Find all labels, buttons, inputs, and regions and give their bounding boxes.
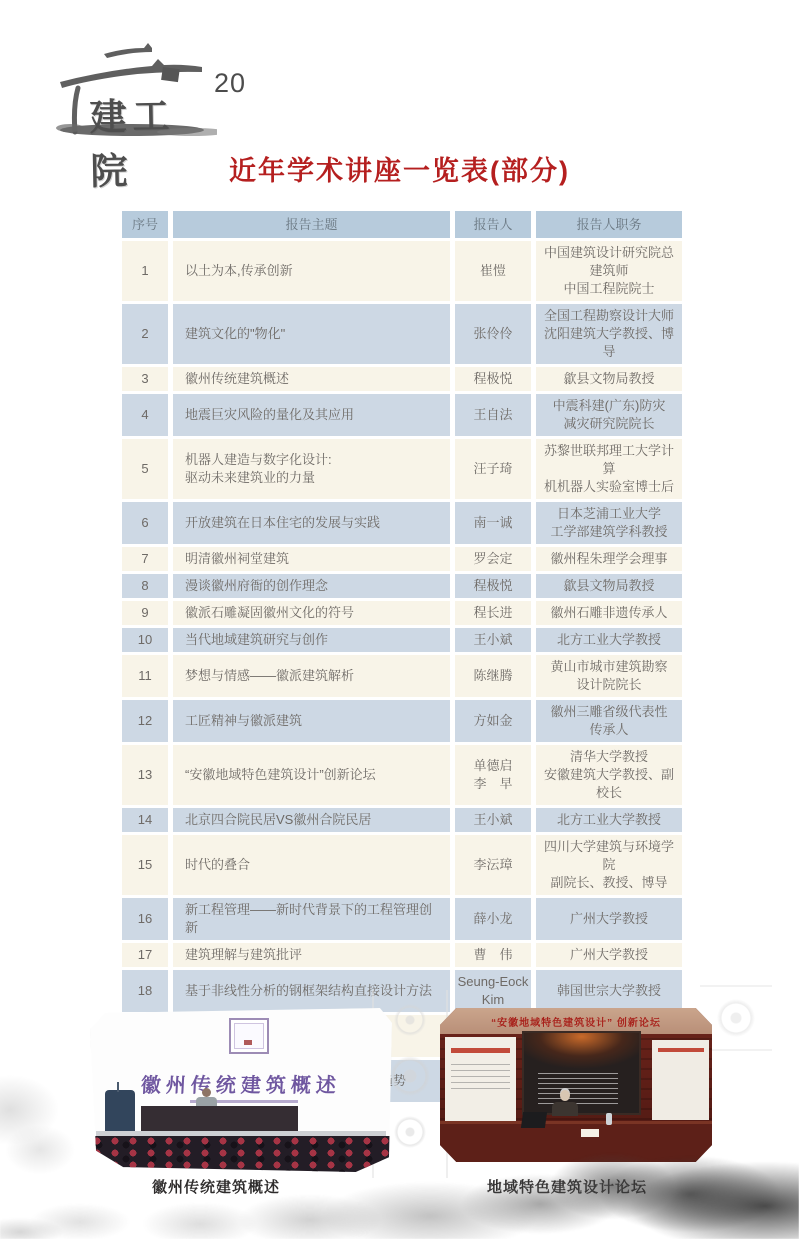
speaker-figure — [552, 1102, 578, 1116]
forum-banner: “安徽地域特色建筑设计” 创新论坛 — [440, 1008, 712, 1034]
cell-topic: 当代地域建筑研究与创作 — [173, 628, 450, 652]
photo-lecture-huizhou: 徽州传统建筑概述 — [90, 1008, 392, 1172]
cell-speaker: 薛小龙 — [455, 898, 531, 940]
cell-topic: 地震巨灾风险的量化及其应用 — [173, 394, 450, 436]
cell-no: 17 — [122, 943, 168, 967]
caption-right: 地域特色建筑设计论坛 — [482, 1176, 652, 1197]
cell-speaker: 汪子琦 — [455, 439, 531, 499]
cell-speaker: 陈继腾 — [455, 655, 531, 697]
cell-topic: 工匠精神与徽派建筑 — [173, 700, 450, 742]
lecture-table: 序号 报告主题 报告人 报告人职务 1以土为本,传承创新崔愷中国建筑设计研究院总… — [122, 211, 682, 1105]
laptop — [520, 1112, 546, 1128]
table-row: 4地震巨灾风险的量化及其应用王自法中震科建(广东)防灾减灾研究院院长 — [122, 394, 682, 436]
cell-no: 12 — [122, 700, 168, 742]
desk — [440, 1121, 712, 1163]
cell-topic: 徽州传统建筑概述 — [173, 367, 450, 391]
cell-speaker: 南一诚 — [455, 502, 531, 544]
table-row: 17建筑理解与建筑批评曹 伟广州大学教授 — [122, 943, 682, 967]
cell-speaker: Seung-EockKim — [455, 970, 531, 1012]
cell-no: 6 — [122, 502, 168, 544]
table-row: 7明清徽州祠堂建筑罗会定徽州程朱理学会理事 — [122, 547, 682, 571]
cell-no: 2 — [122, 304, 168, 364]
cell-topic: 明清徽州祠堂建筑 — [173, 547, 450, 571]
cell-speaker: 李沄璋 — [455, 835, 531, 895]
desk — [141, 1106, 298, 1131]
cell-no: 8 — [122, 574, 168, 598]
cell-no: 4 — [122, 394, 168, 436]
cell-speaker: 程极悦 — [455, 367, 531, 391]
cell-position: 黄山市城市建筑勘察设计院院长 — [536, 655, 682, 697]
cell-no: 7 — [122, 547, 168, 571]
cell-position: 北方工业大学教授 — [536, 628, 682, 652]
cell-no: 13 — [122, 745, 168, 805]
cell-position: 苏黎世联邦理工大学计算机机器人实验室博士后 — [536, 439, 682, 499]
cell-no: 18 — [122, 970, 168, 1012]
cell-speaker: 单德启李 早 — [455, 745, 531, 805]
table-row: 16新工程管理——新时代背景下的工程管理创新薛小龙广州大学教授 — [122, 898, 682, 940]
poster-left — [445, 1037, 516, 1125]
thermos — [606, 1113, 612, 1125]
cell-topic: 漫谈徽州府衙的创作理念 — [173, 574, 450, 598]
cell-no: 10 — [122, 628, 168, 652]
cell-position: 中震科建(广东)防灾减灾研究院院长 — [536, 394, 682, 436]
emblem-icon — [229, 1018, 269, 1054]
cell-position: 中国建筑设计研究院总建筑师中国工程院院士 — [536, 241, 682, 301]
cell-position: 四川大学建筑与环境学院副院长、教授、博导 — [536, 835, 682, 895]
cell-position: 徽州石雕非遗传承人 — [536, 601, 682, 625]
cell-topic: 梦想与情感——徽派建筑解析 — [173, 655, 450, 697]
cell-no: 11 — [122, 655, 168, 697]
caption-left: 徽州传统建筑概述 — [136, 1176, 296, 1197]
table-row: 11梦想与情感——徽派建筑解析陈继腾黄山市城市建筑勘察设计院院长 — [122, 655, 682, 697]
header-speaker: 报告人 — [455, 211, 531, 238]
cell-position: 清华大学教授安徽建筑大学教授、副校长 — [536, 745, 682, 805]
speaker-figure — [560, 1090, 570, 1101]
cell-position: 歙县文物局教授 — [536, 367, 682, 391]
cell-speaker: 崔愷 — [455, 241, 531, 301]
cell-topic: 以土为本,传承创新 — [173, 241, 450, 301]
table-row: 15时代的叠合李沄璋四川大学建筑与环境学院副院长、教授、博导 — [122, 835, 682, 895]
cell-no: 15 — [122, 835, 168, 895]
cell-position: 广州大学教授 — [536, 943, 682, 967]
cell-position: 韩国世宗大学教授 — [536, 970, 682, 1012]
table-header-row: 序号 报告主题 报告人 报告人职务 — [122, 211, 682, 238]
cell-speaker: 方如金 — [455, 700, 531, 742]
ink-wash-side — [0, 1030, 100, 1180]
photo-forum-design: “安徽地域特色建筑设计” 创新论坛 — [440, 1008, 712, 1162]
cell-speaker: 罗会定 — [455, 547, 531, 571]
table-row: 14北京四合院民居VS徽州合院民居王小斌北方工业大学教授 — [122, 808, 682, 832]
cell-speaker: 程长进 — [455, 601, 531, 625]
table-body: 1以土为本,传承创新崔愷中国建筑设计研究院总建筑师中国工程院院士2建筑文化的"物… — [122, 241, 682, 1102]
cell-speaker: 王自法 — [455, 394, 531, 436]
table-row: 1以土为本,传承创新崔愷中国建筑设计研究院总建筑师中国工程院院士 — [122, 241, 682, 301]
cell-position: 徽州程朱理学会理事 — [536, 547, 682, 571]
table-row: 2建筑文化的"物化"张伶伶全国工程勘察设计大师沈阳建筑大学教授、博导 — [122, 304, 682, 364]
cell-topic: 新工程管理——新时代背景下的工程管理创新 — [173, 898, 450, 940]
table-row: 3徽州传统建筑概述程极悦歙县文物局教授 — [122, 367, 682, 391]
table-row: 6开放建筑在日本住宅的发展与实践南一诚日本芝浦工业大学工学部建筑学科教授 — [122, 502, 682, 544]
projection-screen — [524, 1033, 638, 1113]
cell-speaker: 程极悦 — [455, 574, 531, 598]
cell-topic: “安徽地域特色建筑设计”创新论坛 — [173, 745, 450, 805]
audience-seats — [90, 1136, 392, 1172]
table-row: 5机器人建造与数字化设计:驱动未来建筑业的力量汪子琦苏黎世联邦理工大学计算机机器… — [122, 439, 682, 499]
cell-no: 14 — [122, 808, 168, 832]
cell-no: 5 — [122, 439, 168, 499]
cell-topic: 建筑文化的"物化" — [173, 304, 450, 364]
table-row: 8漫谈徽州府衙的创作理念程极悦歙县文物局教授 — [122, 574, 682, 598]
page-number: 20 — [214, 68, 246, 99]
table-row: 10当代地域建筑研究与创作王小斌北方工业大学教授 — [122, 628, 682, 652]
cell-topic: 徽派石雕凝固徽州文化的符号 — [173, 601, 450, 625]
school-logo: 建工院 — [52, 38, 217, 138]
header-no: 序号 — [122, 211, 168, 238]
cell-topic: 开放建筑在日本住宅的发展与实践 — [173, 502, 450, 544]
cell-speaker: 曹 伟 — [455, 943, 531, 967]
cell-speaker: 王小斌 — [455, 628, 531, 652]
cell-topic: 建筑理解与建筑批评 — [173, 943, 450, 967]
document-page: 建工院 20 近年学术讲座一览表(部分) 序号 报告主题 报告人 报告人职务 1… — [0, 0, 799, 1239]
forum-banner-text: “安徽地域特色建筑设计” 创新论坛 — [491, 1014, 661, 1029]
cell-position: 徽州三雕省级代表性传承人 — [536, 700, 682, 742]
cell-position: 广州大学教授 — [536, 898, 682, 940]
cell-topic: 北京四合院民居VS徽州合院民居 — [173, 808, 450, 832]
cell-no: 1 — [122, 241, 168, 301]
cell-position: 日本芝浦工业大学工学部建筑学科教授 — [536, 502, 682, 544]
cell-no: 3 — [122, 367, 168, 391]
poster-right — [652, 1040, 709, 1120]
cell-position: 歙县文物局教授 — [536, 574, 682, 598]
header-position: 报告人职务 — [536, 211, 682, 238]
cell-no: 16 — [122, 898, 168, 940]
cell-speaker: 张伶伶 — [455, 304, 531, 364]
name-card — [581, 1129, 599, 1137]
table-row: 13“安徽地域特色建筑设计”创新论坛单德启李 早清华大学教授安徽建筑大学教授、副… — [122, 745, 682, 805]
cell-position: 全国工程勘察设计大师沈阳建筑大学教授、博导 — [536, 304, 682, 364]
table-row: 9徽派石雕凝固徽州文化的符号程长进徽州石雕非遗传承人 — [122, 601, 682, 625]
cell-speaker: 王小斌 — [455, 808, 531, 832]
table-row: 12工匠精神与徽派建筑方如金徽州三雕省级代表性传承人 — [122, 700, 682, 742]
cell-no: 9 — [122, 601, 168, 625]
header-topic: 报告主题 — [173, 211, 450, 238]
cell-position: 北方工业大学教授 — [536, 808, 682, 832]
cell-topic: 时代的叠合 — [173, 835, 450, 895]
page-title: 近年学术讲座一览表(部分) — [0, 149, 799, 188]
cell-topic: 机器人建造与数字化设计:驱动未来建筑业的力量 — [173, 439, 450, 499]
